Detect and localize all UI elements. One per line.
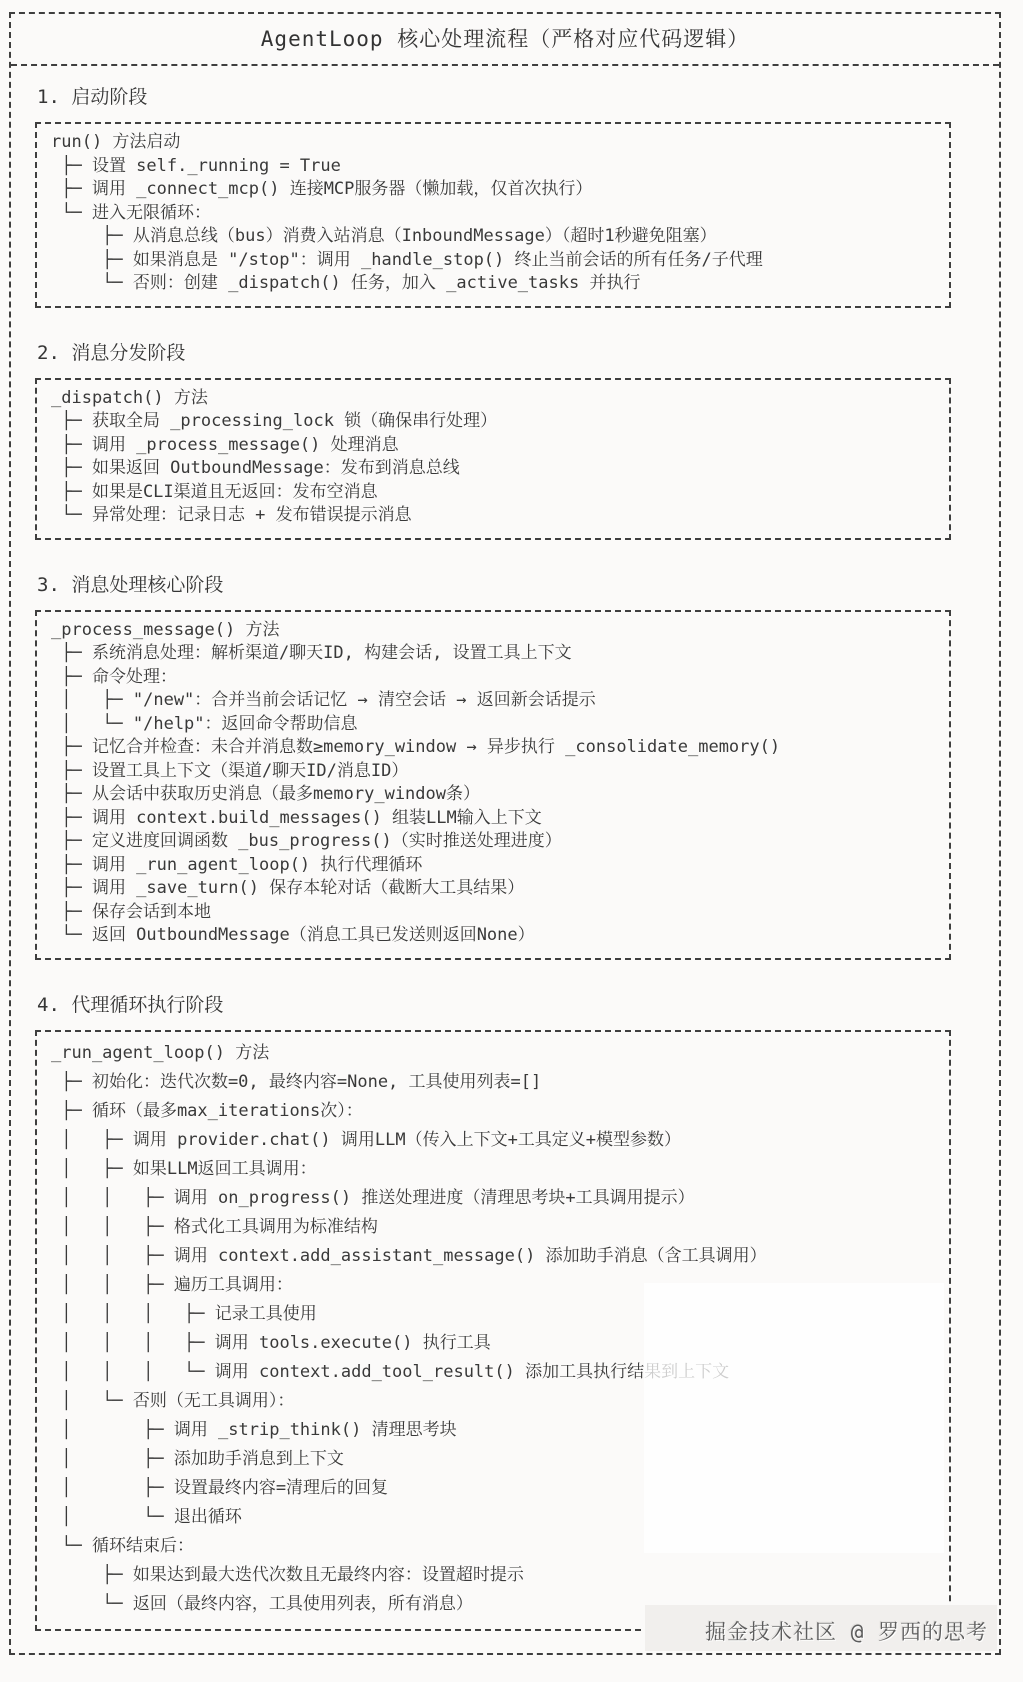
tree-line: │ │ ├─ 格式化工具调用为标准结构 (51, 1213, 935, 1242)
tree-line: run() 方法启动 (51, 131, 935, 155)
section-startup: 1. 启动阶段 run() 方法启动 ├─ 设置 self._running =… (11, 82, 999, 308)
section-heading-dispatch: 2. 消息分发阶段 (37, 338, 999, 365)
tree-line: └─ 返回 OutboundMessage（消息工具已发送则返回None） (51, 924, 935, 948)
tree-line: ├─ 保存会话到本地 (51, 901, 935, 925)
tree-process-message: _process_message() 方法 ├─ 系统消息处理：解析渠道/聊天I… (51, 619, 935, 948)
tree-line: ├─ 如果是CLI渠道且无返回：发布空消息 (51, 481, 935, 505)
tree-line: ├─ 从消息总线（bus）消费入站消息（InboundMessage）（超时1秒… (51, 225, 935, 249)
outer-frame: AgentLoop 核心处理流程（严格对应代码逻辑） 1. 启动阶段 run()… (9, 12, 1001, 1655)
section-dispatch: 2. 消息分发阶段 _dispatch() 方法 ├─ 获取全局 _proces… (11, 338, 999, 540)
tree-line: ├─ 初始化：迭代次数=0, 最终内容=None, 工具使用列表=[] (51, 1068, 935, 1097)
tree-line: ├─ 定义进度回调函数 _bus_progress()（实时推送处理进度） (51, 830, 935, 854)
tree-run: run() 方法启动 ├─ 设置 self._running = True ├─… (51, 131, 935, 296)
tree-line: │ └─ "/help"：返回命令帮助信息 (51, 713, 935, 737)
tree-line: _process_message() 方法 (51, 619, 935, 643)
tree-line: └─ 异常处理：记录日志 + 发布错误提示消息 (51, 504, 935, 528)
tree-dispatch: _dispatch() 方法 ├─ 获取全局 _processing_lock … (51, 387, 935, 528)
tree-line: ├─ 从会话中获取历史消息（最多memory_window条） (51, 783, 935, 807)
tree-line: │ │ ├─ 调用 context.add_assistant_message(… (51, 1242, 935, 1271)
diagram-title: AgentLoop 核心处理流程（严格对应代码逻辑） (261, 27, 749, 51)
phase-box-dispatch: _dispatch() 方法 ├─ 获取全局 _processing_lock … (35, 378, 951, 540)
diagram-title-bar: AgentLoop 核心处理流程（严格对应代码逻辑） (11, 14, 999, 66)
footer-watermark: 掘金技术社区 @ 罗西的思考 (705, 1616, 988, 1646)
section-heading-startup: 1. 启动阶段 (37, 82, 999, 109)
phase-box-run: run() 方法启动 ├─ 设置 self._running = True ├─… (35, 122, 951, 308)
tree-line: ├─ 循环（最多max_iterations次）： (51, 1097, 935, 1126)
tree-line: └─ 进入无限循环： (51, 202, 935, 226)
tree-line: └─ 否则：创建 _dispatch() 任务，加入 _active_tasks… (51, 272, 935, 296)
tree-line: ├─ 如果达到最大迭代次数且无最终内容：设置超时提示 (51, 1561, 935, 1590)
tree-line: │ ├─ 调用 provider.chat() 调用LLM（传入上下文+工具定义… (51, 1126, 935, 1155)
tree-line: │ ├─ 如果LLM返回工具调用： (51, 1155, 935, 1184)
tree-line: │ ├─ "/new"：合并当前会话记忆 → 清空会话 → 返回新会话提示 (51, 689, 935, 713)
watermark-artifact (644, 1283, 944, 1553)
section-heading-agent-loop: 4. 代理循环执行阶段 (37, 990, 999, 1017)
tree-line: ├─ 如果消息是 "/stop"：调用 _handle_stop() 终止当前会… (51, 249, 935, 273)
tree-line: ├─ 记忆合并检查：未合并消息数≥memory_window → 异步执行 _c… (51, 736, 935, 760)
page: { "title": "AgentLoop 核心处理流程（严格对应代码逻辑）",… (0, 0, 1023, 1682)
tree-line: ├─ 调用 _run_agent_loop() 执行代理循环 (51, 854, 935, 878)
tree-line: ├─ 调用 _connect_mcp() 连接MCP服务器（懒加载，仅首次执行） (51, 178, 935, 202)
section-heading-process-message: 3. 消息处理核心阶段 (37, 570, 999, 597)
tree-line: ├─ 设置工具上下文（渠道/聊天ID/消息ID） (51, 760, 935, 784)
tree-line: ├─ 系统消息处理：解析渠道/聊天ID, 构建会话, 设置工具上下文 (51, 642, 935, 666)
tree-line: _dispatch() 方法 (51, 387, 935, 411)
section-process-message: 3. 消息处理核心阶段 _process_message() 方法 ├─ 系统消… (11, 570, 999, 960)
tree-line: │ │ ├─ 调用 on_progress() 推送处理进度（清理思考块+工具调… (51, 1184, 935, 1213)
tree-line: _run_agent_loop() 方法 (51, 1039, 935, 1068)
tree-line: ├─ 获取全局 _processing_lock 锁（确保串行处理） (51, 410, 935, 434)
tree-line: ├─ 调用 _save_turn() 保存本轮对话（截断大工具结果） (51, 877, 935, 901)
tree-line: ├─ 设置 self._running = True (51, 155, 935, 179)
phase-box-process-message: _process_message() 方法 ├─ 系统消息处理：解析渠道/聊天I… (35, 610, 951, 960)
tree-line: ├─ 调用 context.build_messages() 组装LLM输入上下… (51, 807, 935, 831)
tree-line: ├─ 如果返回 OutboundMessage：发布到消息总线 (51, 457, 935, 481)
tree-line: ├─ 调用 _process_message() 处理消息 (51, 434, 935, 458)
tree-line: ├─ 命令处理： (51, 666, 935, 690)
